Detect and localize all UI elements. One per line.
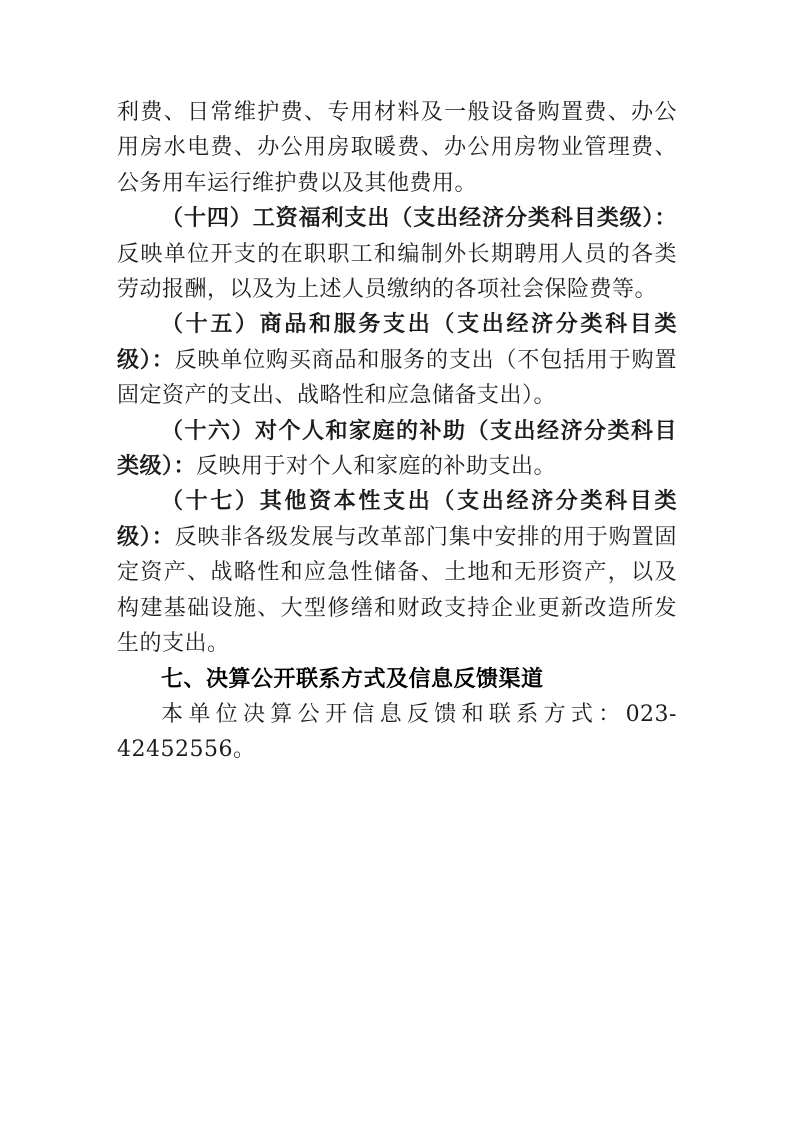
contact-paragraph: 本单位决算公开信息反馈和联系方式：023-42452556。: [117, 697, 677, 768]
paragraph-item-17: （十七）其他资本性支出（支出经济分类科目类级）：反映非各级发展与改革部门集中安排…: [117, 484, 677, 661]
section-heading: 七、决算公开联系方式及信息反馈渠道: [117, 662, 677, 697]
item-17-text: 反映非各级发展与改革部门集中安排的用于购置固定资产、战略性和应急性储备、土地和无…: [117, 525, 677, 656]
paragraph-continuation: 利费、日常维护费、专用材料及一般设备购置费、办公用房水电费、办公用房取暖费、办公…: [117, 95, 677, 201]
item-16-text: 反映用于对个人和家庭的补助支出。: [196, 454, 556, 479]
paragraph-item-15: （十五）商品和服务支出（支出经济分类科目类级）：反映单位购买商品和服务的支出（不…: [117, 307, 677, 413]
item-14-lead: （十四）工资福利支出（支出经济分类科目类级）：: [161, 205, 677, 231]
item-14-text: 反映单位开支的在职职工和编制外长期聘用人员的各类劳动报酬，以及为上述人员缴纳的各…: [117, 242, 677, 302]
item-15-text: 反映单位购买商品和服务的支出（不包括用于购置固定资产的支出、战略性和应急储备支出…: [117, 348, 677, 408]
paragraph-item-16: （十六）对个人和家庭的补助（支出经济分类科目类级）：反映用于对个人和家庭的补助支…: [117, 414, 677, 485]
paragraph-item-14: （十四）工资福利支出（支出经济分类科目类级）：反映单位开支的在职职工和编制外长期…: [117, 201, 677, 307]
document-page: 利费、日常维护费、专用材料及一般设备购置费、办公用房水电费、办公用房取暖费、办公…: [117, 95, 677, 768]
